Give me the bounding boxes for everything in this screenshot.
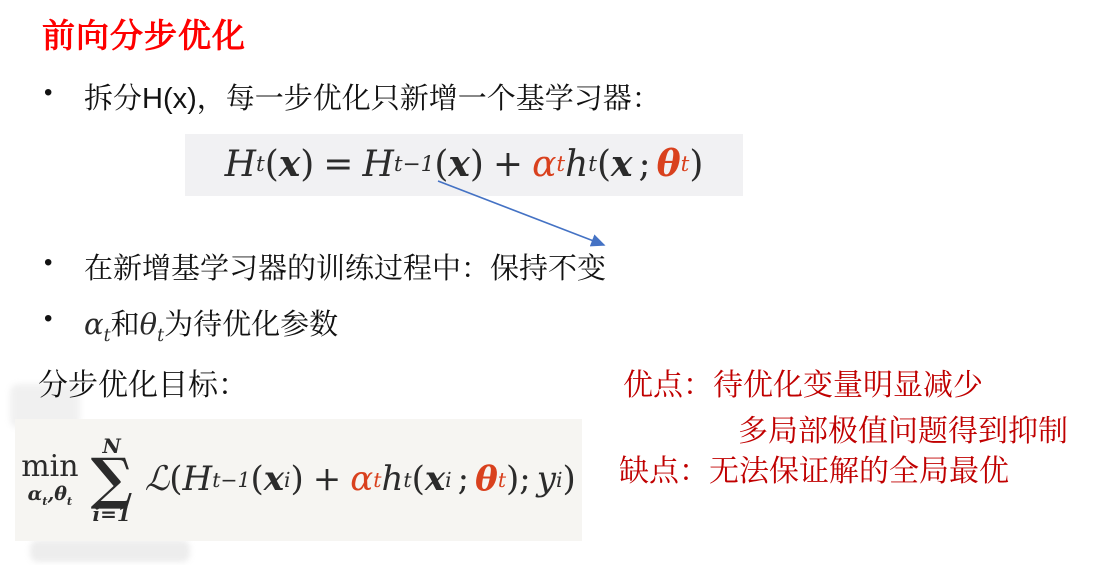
math-token-theta: θ bbox=[475, 461, 498, 498]
math-token-theta: θ bbox=[657, 145, 681, 185]
math-token-theta: θ bbox=[140, 307, 157, 341]
math-sub: t bbox=[256, 153, 265, 177]
math-token: ; bbox=[638, 145, 650, 185]
math-sub: t bbox=[498, 469, 506, 491]
note-cons: 缺点：无法保证解的全局最优 bbox=[619, 446, 1009, 490]
sum-lower-limit: i=1 bbox=[93, 504, 131, 524]
min-subscript: αt,θt bbox=[28, 485, 72, 507]
math-token: α bbox=[28, 483, 43, 505]
math-token: y bbox=[537, 461, 556, 498]
bullet-text: 在新增基学习器的训练过程中：保持不变 bbox=[84, 246, 606, 287]
math-token: ( bbox=[265, 145, 279, 185]
math-token: ( bbox=[412, 461, 425, 498]
bullet-text: 拆分H(x)，每一步优化只新增一个基学习器： bbox=[84, 76, 661, 117]
bullet-text: αt和θt为待优化参数 bbox=[84, 302, 338, 346]
math-token-alpha: α bbox=[84, 307, 104, 341]
math-sub: t bbox=[403, 469, 411, 491]
math-token: x bbox=[425, 461, 445, 498]
math-token: H bbox=[183, 461, 213, 498]
math-token: H bbox=[225, 145, 256, 185]
bullet-item-params: • αt和θt为待优化参数 bbox=[44, 302, 338, 346]
math-token: θ bbox=[54, 483, 67, 505]
bullet-icon: • bbox=[44, 302, 84, 333]
math-token: + bbox=[313, 461, 342, 498]
math-token: x bbox=[264, 461, 284, 498]
objective-label: 分步优化目标： bbox=[38, 360, 248, 404]
math-sub: i bbox=[445, 469, 452, 491]
slide-title: 前向分步优化 bbox=[42, 10, 246, 57]
text-token: 和 bbox=[111, 309, 140, 341]
note-pros-continued: 多局部极值问题得到抑制 bbox=[738, 406, 1068, 450]
note-pros: 优点：待优化变量明显减少 bbox=[623, 360, 983, 404]
math-token: ( bbox=[250, 461, 263, 498]
math-sub: t bbox=[373, 469, 381, 491]
text-token: 为待优化参数 bbox=[164, 309, 338, 341]
math-token: ) bbox=[563, 461, 576, 498]
math-token: ; bbox=[458, 461, 469, 498]
watermark-artifact-2 bbox=[30, 540, 190, 562]
bullet-item-split: • 拆分H(x)，每一步优化只新增一个基学习器： bbox=[44, 76, 661, 117]
math-sub: t−1 bbox=[394, 153, 435, 177]
summation-operator: N ∑ i=1 bbox=[91, 436, 133, 524]
bullet-icon: • bbox=[44, 246, 84, 277]
math-token: x bbox=[279, 145, 300, 185]
min-operator: min αt,θt bbox=[21, 452, 78, 507]
formula-objective: min αt,θt N ∑ i=1 ℒ(Ht−1(xi) + αtht(xi;θ… bbox=[15, 419, 582, 541]
math-sub: t bbox=[67, 494, 72, 508]
math-sub: t bbox=[104, 326, 111, 346]
math-token: ) bbox=[506, 461, 519, 498]
math-token: ) bbox=[291, 461, 304, 498]
math-token: ( bbox=[169, 461, 182, 498]
bullet-icon: • bbox=[44, 76, 84, 107]
math-sub: t bbox=[681, 153, 690, 177]
math-token: ) bbox=[300, 145, 314, 185]
bullet-item-training: • 在新增基学习器的训练过程中：保持不变 bbox=[44, 246, 606, 287]
math-token: min bbox=[21, 452, 78, 482]
math-token: h bbox=[381, 461, 403, 498]
loss-symbol: ℒ bbox=[145, 461, 170, 498]
sigma-symbol: ∑ bbox=[91, 456, 133, 504]
slide: 前向分步优化 • 拆分H(x)，每一步优化只新增一个基学习器： Ht(x) = … bbox=[0, 0, 1098, 565]
math-token-alpha: α bbox=[350, 461, 373, 498]
math-token: = bbox=[323, 145, 353, 185]
math-token: ) bbox=[689, 145, 703, 185]
math-sub: t−1 bbox=[212, 469, 250, 491]
math-token: ; bbox=[519, 461, 530, 498]
math-token: H bbox=[362, 145, 393, 185]
